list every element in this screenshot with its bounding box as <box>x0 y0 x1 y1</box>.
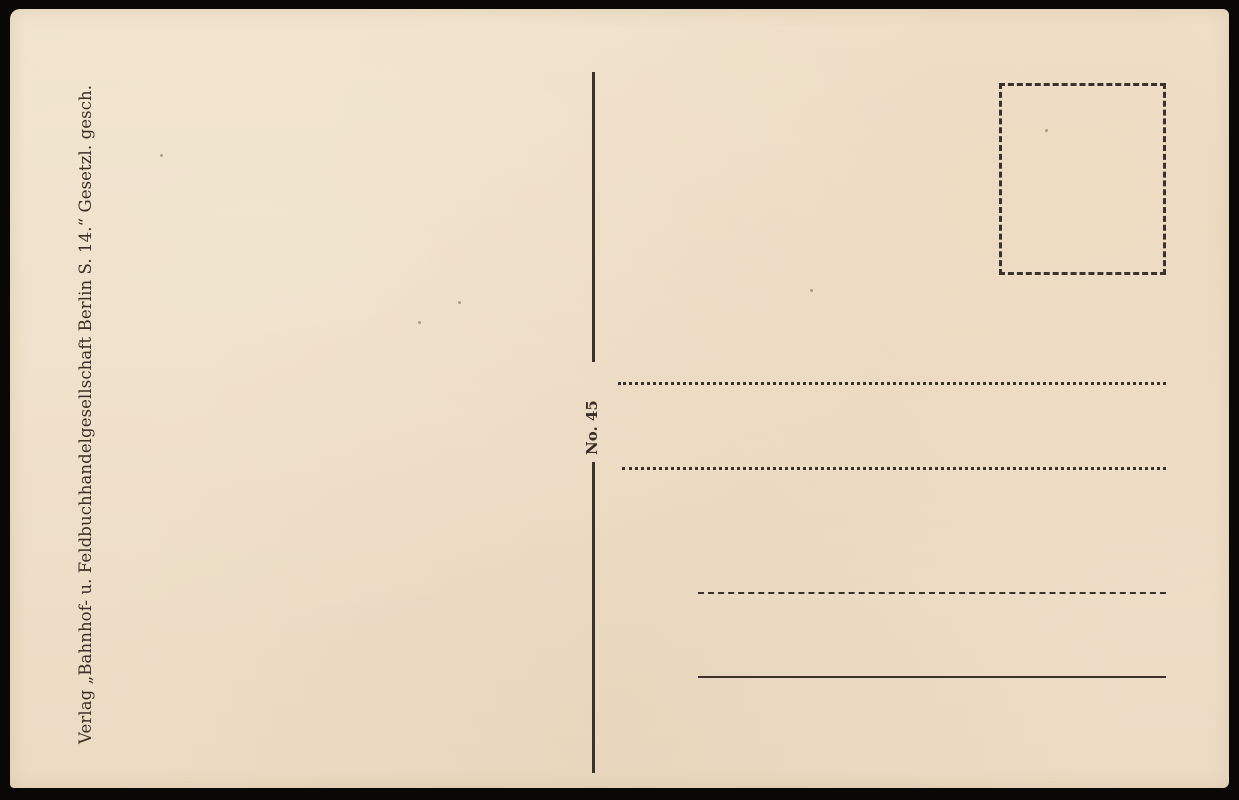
paper-speck <box>810 289 813 292</box>
card-number: No. 45 <box>585 400 600 455</box>
address-line-1 <box>618 382 1166 385</box>
stamp-placement-box <box>999 83 1166 275</box>
center-divider-top <box>592 72 595 362</box>
address-line-4 <box>698 676 1166 678</box>
center-divider-bottom <box>592 462 595 773</box>
paper-speck <box>418 321 421 324</box>
address-line-2 <box>622 467 1166 470</box>
paper-speck <box>458 301 461 304</box>
address-line-3 <box>698 592 1166 594</box>
paper-speck <box>160 154 163 157</box>
publisher-imprint: Verlag „Bahnhof- u. Feldbuchhandelgesell… <box>78 85 95 744</box>
